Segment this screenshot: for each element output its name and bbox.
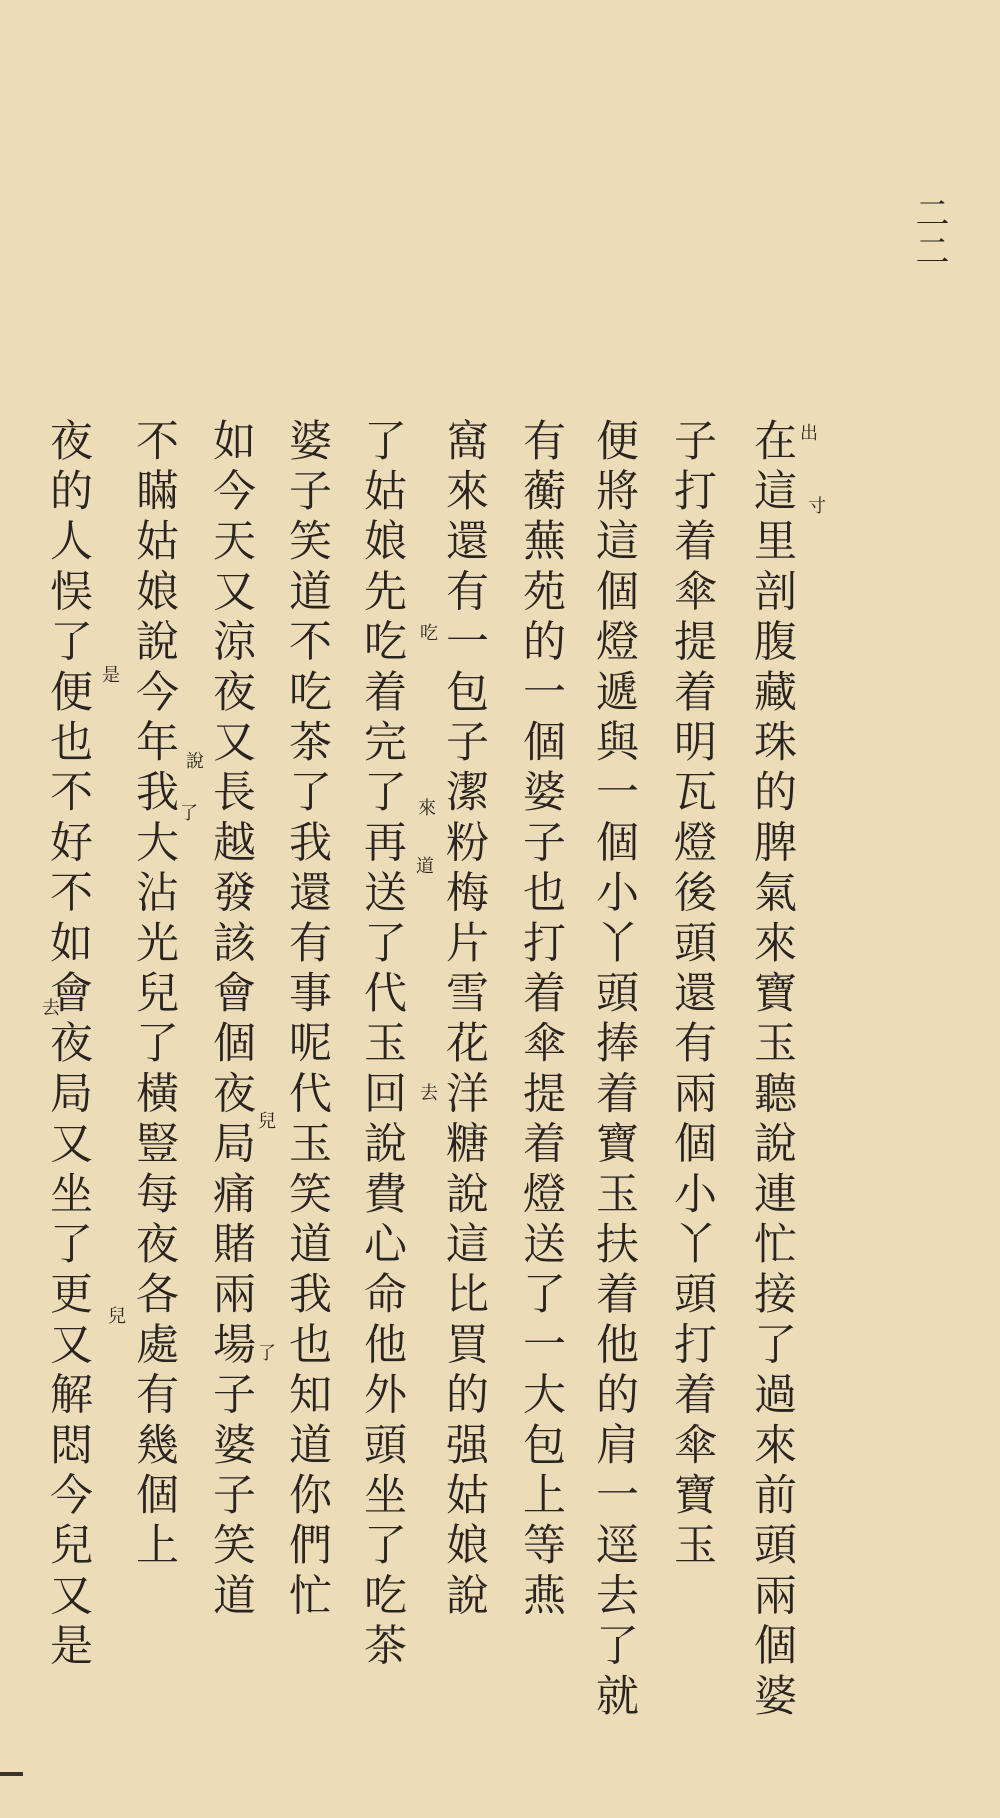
annotation: 去 xyxy=(420,1085,438,1103)
text-column-7: 婆子笑道不吃茶了我還有事呢代玉笑道我也知道你們忙 xyxy=(285,418,328,1623)
annotation: 寸 xyxy=(808,498,826,516)
text-column-2: 子打着傘提着明瓦燈後頭還有兩個小丫頭打着傘寶玉 xyxy=(670,418,713,1573)
annotation: 了 xyxy=(258,1345,276,1363)
text-column-1: 在這里剖腹藏珠的脾氣來寶玉聽說連忙接了過來前頭兩個婆 xyxy=(750,418,793,1723)
margin-mark xyxy=(0,1772,23,1776)
annotation: 是 xyxy=(102,667,120,685)
annotation: 說 xyxy=(186,753,204,771)
annotation: 出 xyxy=(800,425,818,443)
text-column-4: 有蘅蕪苑的一個婆子也打着傘提着燈送了一大包上等燕 xyxy=(519,418,562,1623)
annotation: 來 xyxy=(418,800,436,818)
text-column-3: 便將這個燈遞與一個小丫頭捧着寶玉扶着他的肩一逕去了就 xyxy=(592,418,635,1723)
annotation: 了 xyxy=(180,805,198,823)
text-column-9: 不瞞姑娘說今年我大沾光兒了橫豎每夜各處有幾個上 xyxy=(132,418,175,1573)
annotation: 吃 xyxy=(420,625,438,643)
text-column-10: 夜的人悮了便也不好不如會夜局又坐了更又解悶今兒又是 xyxy=(46,418,89,1673)
annotation: 去 xyxy=(42,1000,60,1018)
annotation: 道 xyxy=(416,858,434,876)
page-number: 二二 xyxy=(912,195,946,271)
text-column-6: 了姑娘先吃着完了再送了代玉回說費心命他外頭坐了吃茶 xyxy=(360,418,403,1673)
annotation: 兒 xyxy=(108,1308,126,1326)
annotation: 兒 xyxy=(258,1113,276,1131)
text-column-8: 如今天又涼夜又長越發該會個夜局痛賭兩場子婆子笑道 xyxy=(209,418,252,1623)
text-column-5: 窩來還有一包子潔粉梅片雪花洋糖說這比買的强姑娘說 xyxy=(442,418,485,1623)
